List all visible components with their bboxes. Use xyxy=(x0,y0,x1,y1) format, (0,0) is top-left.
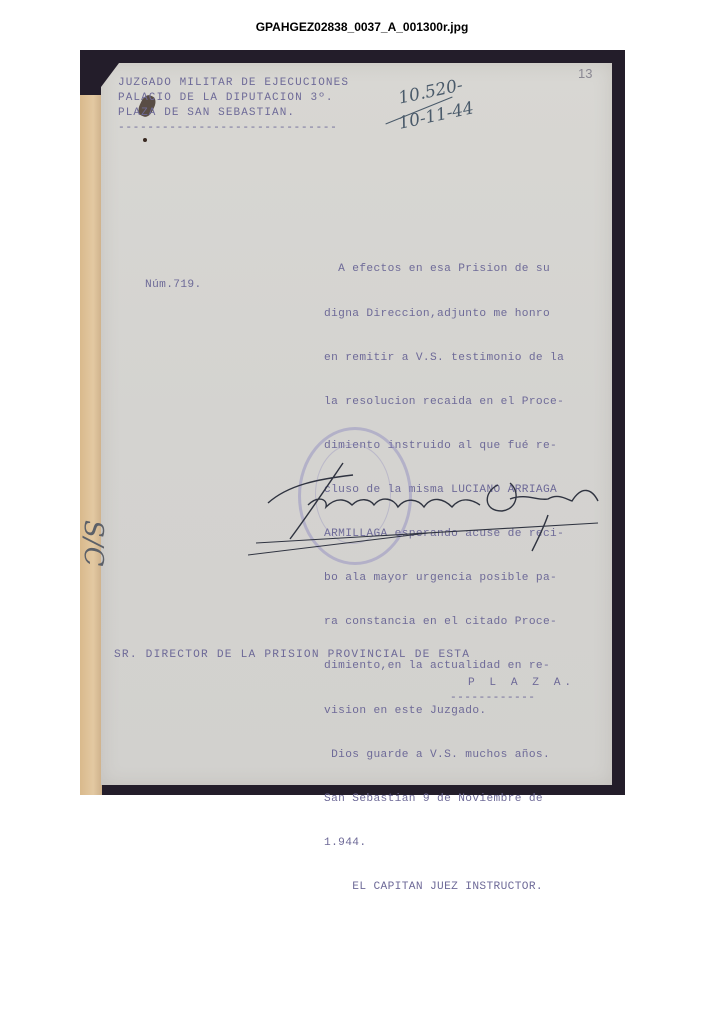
place-date-line: San Sebastian 9 de Noviembre de xyxy=(324,792,564,807)
reference-number: Núm.719. xyxy=(145,278,202,293)
letterhead-line: PLAZA DE SAN SEBASTIAN. xyxy=(118,106,349,121)
body-line: A efectos en esa Prision de su xyxy=(324,262,564,277)
signatory-title: EL CAPITAN JUEZ INSTRUCTOR. xyxy=(324,880,564,895)
letterhead-line: PALACIO DE LA DIPUTACION 3º. xyxy=(118,91,349,106)
year-line: 1.944. xyxy=(324,836,564,851)
file-title: GPAHGEZ02838_0037_A_001300r.jpg xyxy=(0,20,724,34)
folio-number: 13 xyxy=(578,66,592,81)
body-line: en remitir a V.S. testimonio de la xyxy=(324,351,564,366)
addressee-rule: ------------ xyxy=(450,691,535,706)
ink-spot xyxy=(143,138,147,142)
folder-edge xyxy=(80,95,102,795)
body-line: ra constancia en el citado Proce- xyxy=(324,615,564,630)
body-line: digna Direccion,adjunto me honro xyxy=(324,307,564,322)
addressee-city: P L A Z A. xyxy=(468,676,575,691)
body-line: la resolucion recaida en el Proce- xyxy=(324,395,564,410)
letter-body: A efectos en esa Prision de su digna Dir… xyxy=(324,233,564,909)
letterhead: JUZGADO MILITAR DE EJECUCIONESPALACIO DE… xyxy=(118,76,349,121)
body-line: vision en este Juzgado. xyxy=(324,704,564,719)
closing-line: Dios guarde a V.S. muchos años. xyxy=(324,748,564,763)
letterhead-rule: ------------------------------ xyxy=(118,121,337,136)
body-line: bo ala mayor urgencia posible pa- xyxy=(324,571,564,586)
handwritten-margin-note: S/C xyxy=(78,520,108,566)
addressee-line: SR. DIRECTOR DE LA PRISION PROVINCIAL DE… xyxy=(114,648,470,663)
letterhead-line: JUZGADO MILITAR DE EJECUCIONES xyxy=(118,76,349,91)
handwritten-signature xyxy=(248,455,608,565)
